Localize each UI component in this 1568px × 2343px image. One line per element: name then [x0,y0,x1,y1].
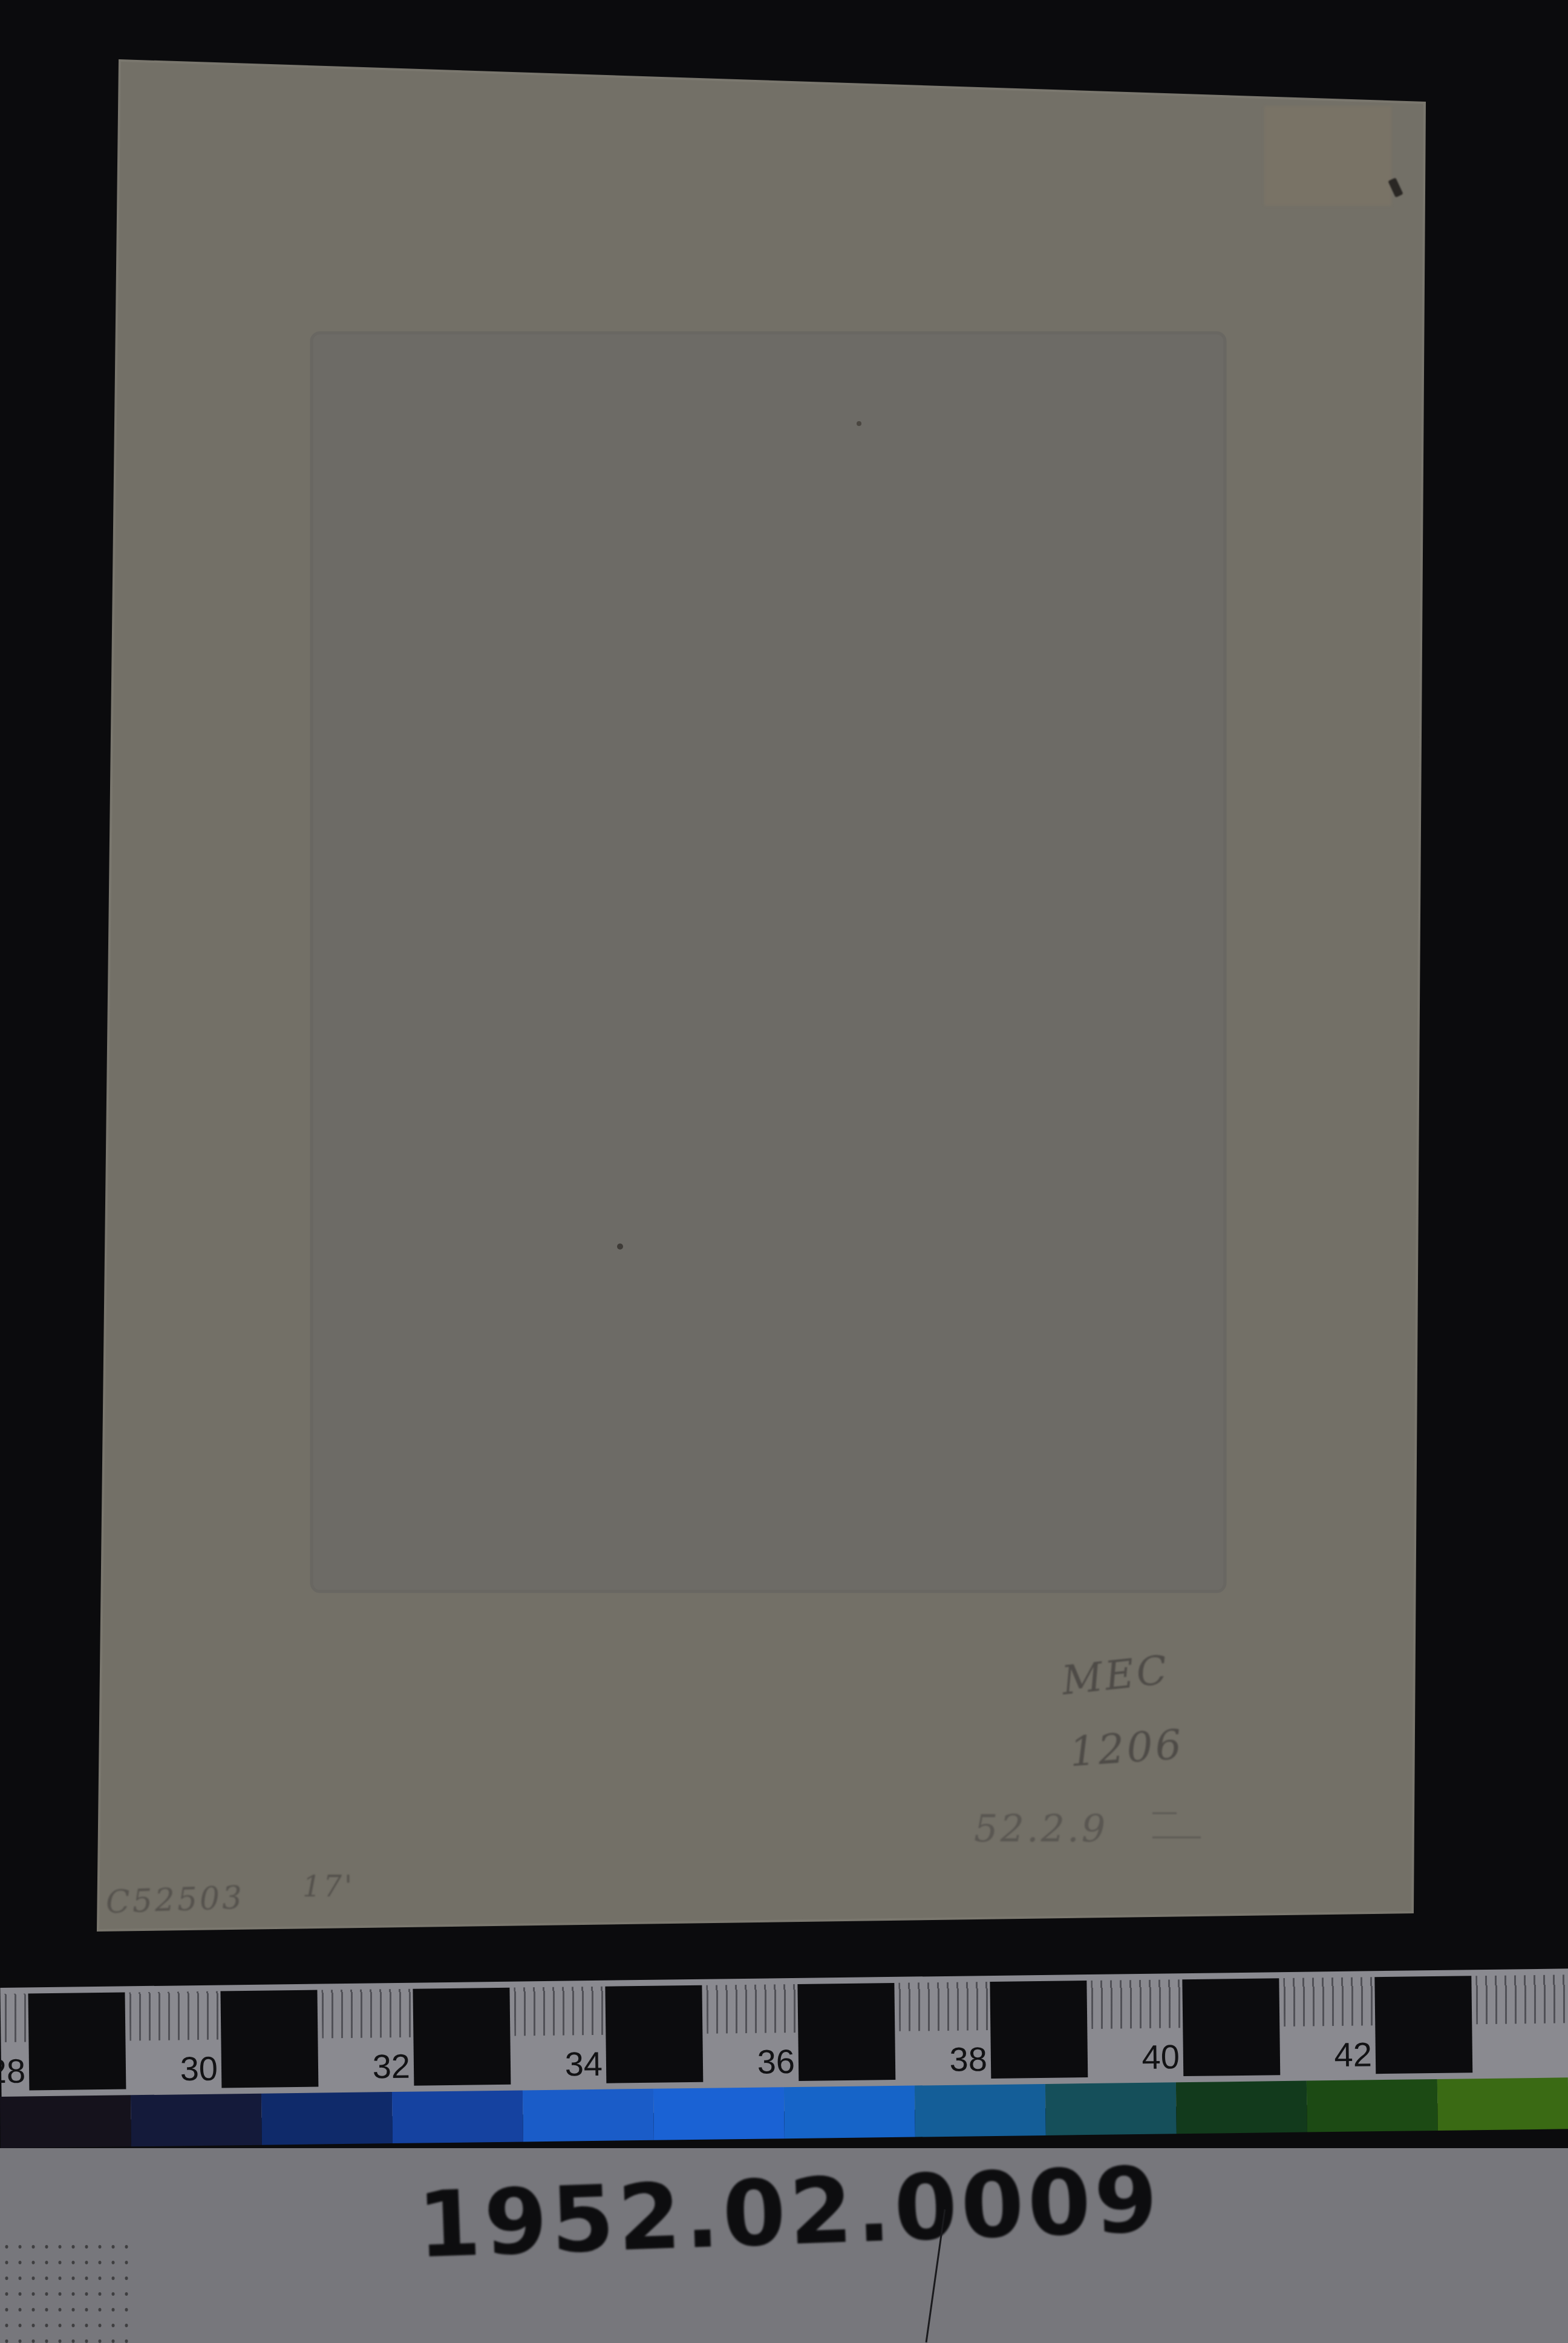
handwritten-underline [1152,1837,1201,1838]
ruler-label: 36 [757,2042,795,2082]
ruler-ticks [1091,1979,1182,2029]
ruler-ticks [706,1984,797,2034]
handwritten-1206: 1206 [1068,1721,1185,1777]
color-swatch [523,2089,654,2142]
ruler-label: 40 [1142,2037,1180,2077]
ruler-black-block [1182,1978,1280,2076]
ruler-ticks [0,1993,28,2043]
ruler-black-block [413,1988,511,2086]
ruler-black-block [797,1983,895,2081]
ruler-black-block [990,1981,1088,2079]
ruler-label: 34 [564,2044,603,2084]
color-swatch [392,2090,523,2143]
handwritten-mark: 17' [302,1870,354,1904]
ruler-ticks [1283,1977,1374,2027]
ruler-ticks [129,1991,220,2041]
ruler-black-block [1374,1976,1472,2074]
ruler-label: 38 [949,2039,987,2079]
adhesive-tape-remnant [1264,106,1391,206]
ink-specks [0,2239,133,2343]
ruler-ticks [514,1987,605,2036]
ruler-ticks [321,1989,413,2039]
handwritten-inventory-number: 52.2.9 [974,1806,1108,1850]
handwritten-code: C52503 [105,1879,245,1921]
paper-sheet-shape [0,0,1568,1997]
paper-sheet [0,0,1568,1997]
ruler-label: 32 [372,2046,410,2086]
color-swatch [131,2094,262,2147]
color-swatch [784,2086,915,2139]
ruler-ticks [898,1982,990,2031]
color-swatch [261,2092,393,2145]
ruler-label: 30 [180,2049,218,2089]
color-swatch [1307,2079,1438,2132]
color-swatch [1437,2077,1568,2131]
color-swatch [1176,2081,1307,2134]
ruler-label: 42 [1334,2034,1372,2074]
ruler-black-block [220,1990,318,2088]
color-swatch [0,2095,131,2148]
color-swatch [1045,2082,1177,2135]
ruler-label: 28 [0,2051,25,2091]
color-swatch [915,2084,1046,2137]
ruler-ticks [1475,1974,1567,2024]
ruler-black-block [605,1985,703,2083]
color-swatch [653,2087,785,2140]
ruler-black-block [28,1992,126,2090]
handwritten-dash [1152,1812,1177,1814]
